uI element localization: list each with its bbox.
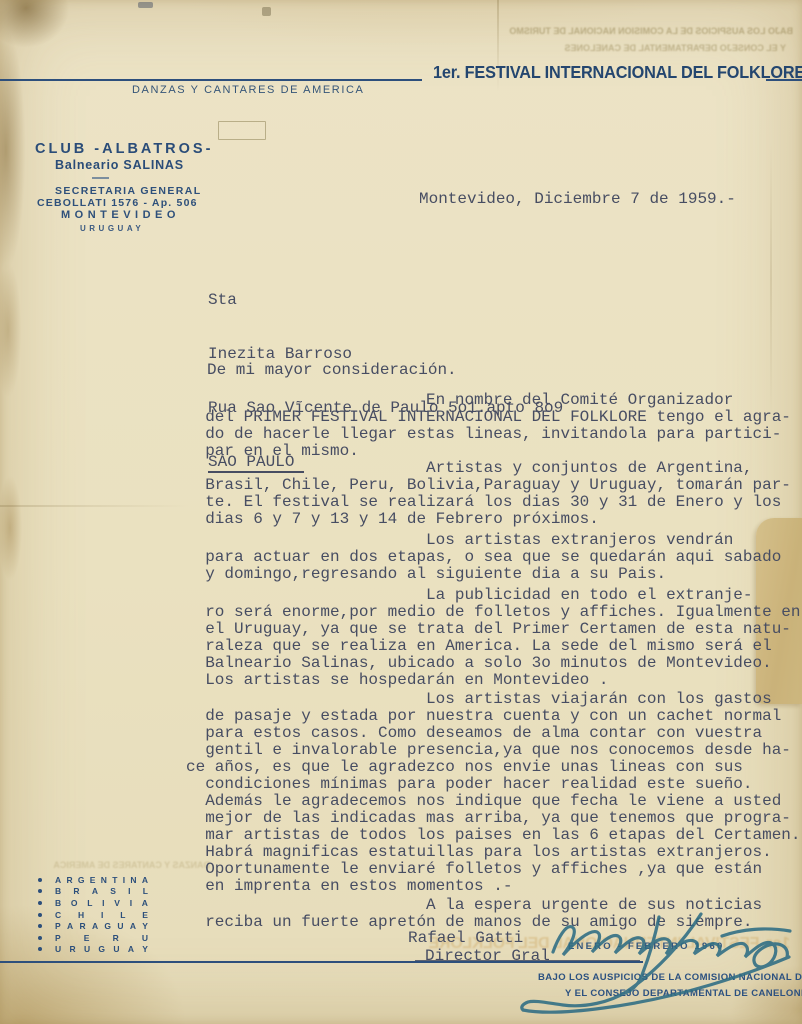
country-item: BRASIL bbox=[38, 886, 148, 898]
recipient-treatment: Sta bbox=[208, 291, 563, 309]
body-line: Balneario Salinas, ubicado a solo 3o min… bbox=[186, 655, 802, 672]
body-paragraph: Los artistas viajarán con los gastos de … bbox=[186, 691, 802, 895]
paragraphs: En nombre del Comité Organizador del PRI… bbox=[186, 392, 802, 931]
body-line: Oportunamente le enviaré folletos y affi… bbox=[186, 861, 802, 878]
country-item: URUGUAY bbox=[38, 944, 148, 956]
footer-auspices-line2: Y EL CONSEJO DEPARTAMENTAL DE CANELONES bbox=[565, 988, 802, 999]
bullet-icon bbox=[38, 913, 42, 917]
body-line: dias 6 y 7 y 13 y 14 de Febrero próximos… bbox=[186, 511, 802, 528]
country-list: ARGENTINABRASILBOLIVIACHILEPARAGUAYPERUU… bbox=[38, 874, 148, 955]
body-line: de pasaje y estada por nuestra cuenta y … bbox=[186, 708, 802, 725]
body-line: Además le agradecemos nos indique que fe… bbox=[186, 793, 802, 810]
country-label: PERU bbox=[55, 933, 148, 943]
body-paragraph: En nombre del Comité Organizador del PRI… bbox=[186, 392, 802, 528]
body-paragraph: La publicidad en todo el extranje- ro se… bbox=[186, 587, 802, 689]
body-line: do de hacerle llegar estas lineas, invit… bbox=[186, 426, 802, 443]
letterhead-subtitle: DANZAS Y CANTARES DE AMERICA bbox=[132, 84, 364, 96]
body-line: ce años, es que le agradezco nos envie u… bbox=[186, 759, 802, 776]
body-line: Habrá magnificas estatuillas para los ar… bbox=[186, 844, 802, 861]
country-label: BOLIVIA bbox=[55, 898, 148, 908]
bleed-through-text: BAJO LOS AUSPICIOS DE LA COMISION NACION… bbox=[543, 26, 793, 36]
bullet-icon bbox=[38, 889, 42, 893]
bullet-icon bbox=[38, 878, 42, 882]
body-line: condiciones mínimas para poder hacer rea… bbox=[186, 776, 802, 793]
stamp-date: ENERO - FEBRERO 1960 bbox=[568, 941, 724, 952]
salutation: De mi mayor consideración. bbox=[186, 362, 802, 379]
edge-mark bbox=[262, 7, 271, 16]
punch-mark bbox=[218, 121, 266, 140]
bullet-icon bbox=[38, 947, 42, 951]
fold-crease bbox=[0, 505, 190, 507]
country-item: BOLIVIA bbox=[38, 897, 148, 909]
bleed-through-text: DANZAS Y CANTARES DE AMERICA bbox=[40, 860, 210, 870]
body-line: par en el mismo. bbox=[186, 443, 802, 460]
bleed-through-text: Y EL CONSEJO DEPARTAMENTAL DE CANELONES bbox=[556, 43, 786, 53]
body-line: el Uruguay, ya que se trata del Primer C… bbox=[186, 621, 802, 638]
letterhead-title: 1er. FESTIVAL INTERNACIONAL DEL FOLKLORE bbox=[433, 62, 768, 83]
signature-name: Rafael Gatti bbox=[408, 929, 523, 947]
body-line: te. El festival se realizará los dias 30… bbox=[186, 494, 802, 511]
body-line: Los artistas extranjeros vendrán bbox=[186, 532, 802, 549]
club-location: Balneario SALINAS bbox=[55, 158, 184, 172]
body-line: ro será enorme,por medio de folletos y a… bbox=[186, 604, 802, 621]
letter-scan-page: BAJO LOS AUSPICIOS DE LA COMISION NACION… bbox=[0, 0, 802, 1024]
letter-body: De mi mayor consideración. En nombre del… bbox=[186, 362, 802, 935]
body-line: Los artistas viajarán con los gastos bbox=[186, 691, 802, 708]
body-line: del PRIMER FESTIVAL INTERNACIONAL DEL FO… bbox=[186, 409, 802, 426]
country-label: CHILE bbox=[55, 910, 148, 920]
body-line: y domingo,regresando al siguiente dia a … bbox=[186, 566, 802, 583]
body-paragraph: A la espera urgente de sus noticias reci… bbox=[186, 897, 802, 931]
country-label: ARGENTINA bbox=[55, 875, 148, 885]
edge-mark bbox=[138, 2, 153, 8]
club-name: CLUB -ALBATROS- bbox=[35, 141, 213, 157]
club-country: URUGUAY bbox=[80, 224, 144, 233]
date-line: Montevideo, Diciembre 7 de 1959.- bbox=[419, 190, 736, 208]
country-item: PERU bbox=[38, 932, 148, 944]
country-label: PARAGUAY bbox=[55, 921, 148, 931]
footer-auspices-line1: BAJO LOS AUSPICIOS DE LA COMISION NACION… bbox=[538, 972, 802, 983]
club-address: CEBOLLATI 1576 - Ap. 506 bbox=[37, 197, 198, 209]
club-divider bbox=[92, 177, 109, 179]
body-line: raleza que se realiza en America. La sed… bbox=[186, 638, 802, 655]
country-label: URUGUAY bbox=[55, 944, 148, 954]
body-paragraph: Los artistas extranjeros vendrán para ac… bbox=[186, 532, 802, 583]
body-line: para estos casos. Como deseamos de alma … bbox=[186, 725, 802, 742]
club-dept: SECRETARIA GENERAL bbox=[55, 185, 202, 197]
bullet-icon bbox=[38, 936, 42, 940]
bottom-rule bbox=[0, 961, 643, 963]
country-label: BRASIL bbox=[55, 886, 148, 896]
body-line: en imprenta en estos momentos .- bbox=[186, 878, 802, 895]
body-line: Brasil, Chile, Peru, Bolivia,Paraguay y … bbox=[186, 477, 802, 494]
country-item: ARGENTINA bbox=[38, 874, 148, 886]
body-line: para actuar en dos etapas, o sea que se … bbox=[186, 549, 802, 566]
body-line: Artistas y conjuntos de Argentina, bbox=[186, 460, 802, 477]
body-line: La publicidad en todo el extranje- bbox=[186, 587, 802, 604]
bullet-icon bbox=[38, 901, 42, 905]
body-line: mejor de las indicadas mas arriba, ya qu… bbox=[186, 810, 802, 827]
bullet-icon bbox=[38, 924, 42, 928]
body-line: En nombre del Comité Organizador bbox=[186, 392, 802, 409]
body-line: A la espera urgente de sus noticias bbox=[186, 897, 802, 914]
country-item: CHILE bbox=[38, 909, 148, 921]
signature-flourish bbox=[523, 957, 789, 1012]
body-line: mar artistas de todos los paises en las … bbox=[186, 827, 802, 844]
club-city: MONTEVIDEO bbox=[61, 209, 180, 221]
header-rule-right bbox=[766, 79, 802, 81]
header-rule-left bbox=[0, 79, 422, 81]
body-line: Los artistas se hospedarán en Montevideo… bbox=[186, 672, 802, 689]
country-item: PARAGUAY bbox=[38, 920, 148, 932]
body-line: gentil e invalorable presencia,ya que no… bbox=[186, 742, 802, 759]
